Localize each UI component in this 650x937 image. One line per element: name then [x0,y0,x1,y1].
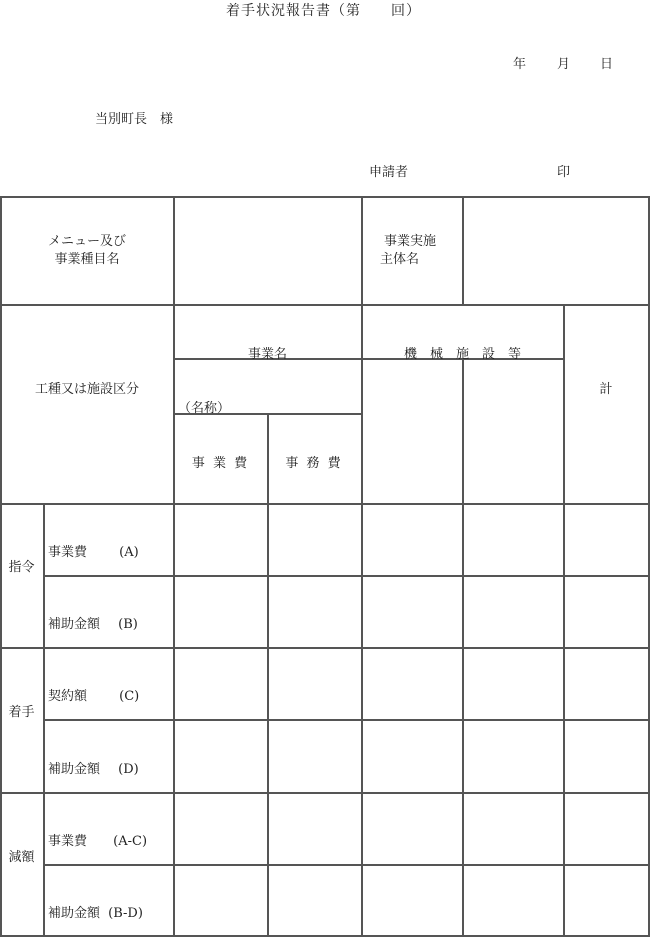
table-divider [361,196,363,937]
table-divider [173,196,175,937]
table-border-right [648,196,650,937]
table-divider [0,647,650,649]
project-cost-header: 事 業 費 [174,452,267,471]
row-label-contract-c: 契約額 (C) [48,685,139,704]
seal-label: 印 [557,161,570,180]
row-label-subsidy-b-d: 補助金額 (B-D) [48,902,143,921]
menu-label: メニュー及び 事業種目名 [0,233,174,269]
table-divider [43,575,650,577]
total-label: 計 [563,378,649,397]
table-divider [0,304,650,306]
machinery-label: 機 械 施 設 等 [362,343,563,362]
table-divider [0,792,650,794]
admin-cost-header: 事 務 費 [267,452,361,471]
group-label-reduction: 減額 [0,846,43,865]
table-divider [563,304,565,937]
group-label-start: 着手 [0,701,43,720]
row-label-subsidy-d: 補助金額 (D) [48,758,139,777]
implementer-label: 事業実施 主体名 [380,233,436,269]
table-divider [43,864,650,866]
table-divider [267,413,269,937]
project-name-sub-label: （名称） [178,397,230,416]
row-label-project-cost-a: 事業費 (A) [48,541,139,560]
date-month-label: 月 [557,53,570,72]
date-year-label: 年 [513,53,526,72]
menu-value-cell[interactable] [175,198,360,303]
row-label-project-cost-a-c: 事業費 (A-C) [48,830,147,849]
table-divider [43,719,650,721]
document-title: 着手状況報告書（第 回） [226,0,421,20]
date-day-label: 日 [600,53,613,72]
table-divider [0,503,650,505]
group-label-directive: 指令 [0,556,43,575]
table-divider [43,503,45,937]
implementer-value-cell[interactable] [464,198,647,303]
project-name-label: 事業名 [174,343,361,362]
table-border-bottom [0,935,650,937]
applicant-label: 申請者 [369,161,408,180]
row-label-subsidy-b: 補助金額 (B) [48,613,138,632]
table-divider [462,358,464,937]
addressee: 当別町長 様 [95,108,173,127]
category-label: 工種又は施設区分 [0,378,174,397]
